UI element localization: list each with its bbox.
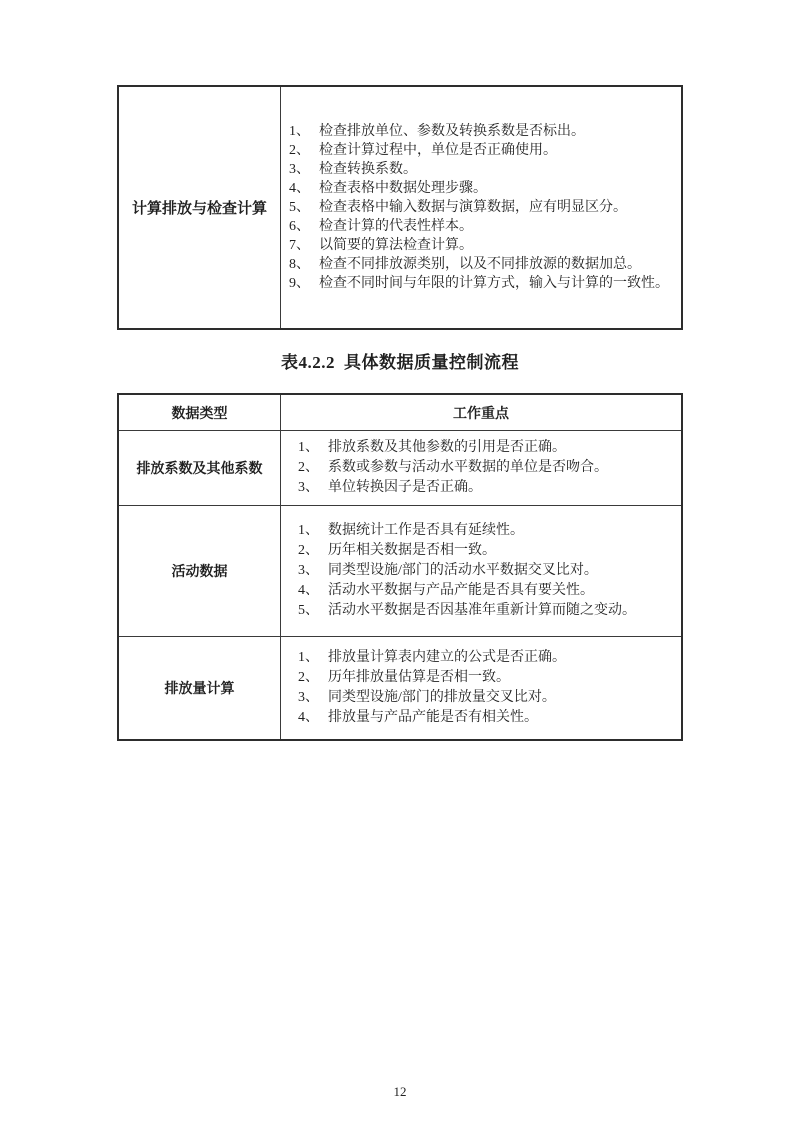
list-item: 4、检查表格中数据处理步骤。 <box>289 179 677 198</box>
list-item: 8、检查不同排放源类别，以及不同排放源的数据加总。 <box>289 255 677 274</box>
list-item-number: 2、 <box>289 141 319 160</box>
list-item-number: 2、 <box>298 541 328 561</box>
emission-check-table: 计算排放与检查计算 1、检查排放单位、参数及转换系数是否标出。 2、检查计算过程… <box>117 85 683 330</box>
row-type-label: 计算排放与检查计算 <box>132 197 267 218</box>
row-type-cell: 计算排放与检查计算 <box>119 87 281 328</box>
list-item-text: 活动水平数据与产品产能是否具有要关性。 <box>328 581 677 601</box>
list-item: 5、活动水平数据是否因基准年重新计算而随之变动。 <box>298 601 677 621</box>
list-item-number: 8、 <box>289 255 319 274</box>
list-item: 2、检查计算过程中，单位是否正确使用。 <box>289 141 677 160</box>
row-type-cell: 排放系数及其他系数 <box>119 431 281 505</box>
quality-control-table: 数据类型 工作重点 排放系数及其他系数 1、排放系数及其他参数的引用是否正确。 … <box>117 393 683 741</box>
list-item-text: 同类型设施/部门的排放量交叉比对。 <box>328 688 677 708</box>
list-item: 3、同类型设施/部门的排放量交叉比对。 <box>298 688 677 708</box>
list-item-number: 6、 <box>289 217 319 236</box>
row-type-cell: 排放量计算 <box>119 637 281 739</box>
list-item: 4、排放量与产品产能是否有相关性。 <box>298 708 677 728</box>
list-item-text: 以简要的算法检查计算。 <box>319 236 677 255</box>
row-items-cell: 1、数据统计工作是否具有延续性。 2、历年相关数据是否相一致。 3、同类型设施/… <box>281 506 681 636</box>
list-item: 3、同类型设施/部门的活动水平数据交叉比对。 <box>298 561 677 581</box>
row-type-cell: 活动数据 <box>119 506 281 636</box>
list-item-text: 检查不同时间与年限的计算方式，输入与计算的一致性。 <box>319 274 677 293</box>
table-header-row: 数据类型 工作重点 <box>119 395 681 430</box>
row-items-cell: 1、检查排放单位、参数及转换系数是否标出。 2、检查计算过程中，单位是否正确使用… <box>281 87 681 328</box>
table-row: 排放量计算 1、排放量计算表内建立的公式是否正确。 2、历年排放量估算是否相一致… <box>119 636 681 739</box>
header-cell-work-focus: 工作重点 <box>281 395 681 430</box>
list-item-text: 排放系数及其他参数的引用是否正确。 <box>328 438 677 458</box>
table-caption-text: 具体数据质量控制流程 <box>344 353 519 372</box>
list-item-text: 检查计算过程中，单位是否正确使用。 <box>319 141 677 160</box>
list-item-number: 4、 <box>298 708 328 728</box>
table-row: 排放系数及其他系数 1、排放系数及其他参数的引用是否正确。 2、系数或参数与活动… <box>119 430 681 505</box>
list-item: 3、检查转换系数。 <box>289 160 677 179</box>
list-item-number: 5、 <box>289 198 319 217</box>
list-item: 2、历年相关数据是否相一致。 <box>298 541 677 561</box>
list-item-number: 9、 <box>289 274 319 293</box>
list-item: 1、排放系数及其他参数的引用是否正确。 <box>298 438 677 458</box>
page-number: 12 <box>0 1084 800 1100</box>
list-item-text: 数据统计工作是否具有延续性。 <box>328 521 677 541</box>
header-cell-data-type: 数据类型 <box>119 395 281 430</box>
table-row: 活动数据 1、数据统计工作是否具有延续性。 2、历年相关数据是否相一致。 3、同… <box>119 505 681 636</box>
list-item-text: 检查排放单位、参数及转换系数是否标出。 <box>319 122 677 141</box>
table-caption: 表4.2.2具体数据质量控制流程 <box>0 351 800 375</box>
list-item: 5、检查表格中输入数据与演算数据，应有明显区分。 <box>289 198 677 217</box>
list-item-number: 1、 <box>289 122 319 141</box>
list-item-text: 排放量计算表内建立的公式是否正确。 <box>328 648 677 668</box>
list-item: 4、活动水平数据与产品产能是否具有要关性。 <box>298 581 677 601</box>
list-item-text: 检查计算的代表性样本。 <box>319 217 677 236</box>
list-item-text: 同类型设施/部门的活动水平数据交叉比对。 <box>328 561 677 581</box>
list-item-text: 排放量与产品产能是否有相关性。 <box>328 708 677 728</box>
row-type-label: 排放系数及其他系数 <box>137 458 263 478</box>
list-item: 7、以简要的算法检查计算。 <box>289 236 677 255</box>
list-item-number: 1、 <box>298 521 328 541</box>
list-item: 2、历年排放量估算是否相一致。 <box>298 668 677 688</box>
list-item-text: 单位转换因子是否正确。 <box>328 478 677 498</box>
list-item-number: 3、 <box>298 688 328 708</box>
row-items-cell: 1、排放系数及其他参数的引用是否正确。 2、系数或参数与活动水平数据的单位是否吻… <box>281 431 681 505</box>
list-item: 2、系数或参数与活动水平数据的单位是否吻合。 <box>298 458 677 478</box>
list-item-number: 3、 <box>298 561 328 581</box>
list-item: 6、检查计算的代表性样本。 <box>289 217 677 236</box>
list-item-number: 1、 <box>298 648 328 668</box>
row-type-label: 活动数据 <box>172 561 228 581</box>
row-type-label: 排放量计算 <box>165 678 235 698</box>
list-item-number: 1、 <box>298 438 328 458</box>
list-item-number: 4、 <box>298 581 328 601</box>
list-item-number: 4、 <box>289 179 319 198</box>
list-item-number: 3、 <box>289 160 319 179</box>
list-item-text: 检查不同排放源类别，以及不同排放源的数据加总。 <box>319 255 677 274</box>
list-item: 9、检查不同时间与年限的计算方式，输入与计算的一致性。 <box>289 274 677 293</box>
table-row: 计算排放与检查计算 1、检查排放单位、参数及转换系数是否标出。 2、检查计算过程… <box>119 87 681 328</box>
list-item-text: 检查表格中数据处理步骤。 <box>319 179 677 198</box>
list-item-text: 历年相关数据是否相一致。 <box>328 541 677 561</box>
list-item-text: 系数或参数与活动水平数据的单位是否吻合。 <box>328 458 677 478</box>
list-item: 1、排放量计算表内建立的公式是否正确。 <box>298 648 677 668</box>
list-item-number: 2、 <box>298 458 328 478</box>
list-item-number: 7、 <box>289 236 319 255</box>
list-item-number: 2、 <box>298 668 328 688</box>
list-item-text: 历年排放量估算是否相一致。 <box>328 668 677 688</box>
list-item-text: 检查转换系数。 <box>319 160 677 179</box>
table-caption-number: 表4.2.2 <box>281 353 335 372</box>
document-page: 计算排放与检查计算 1、检查排放单位、参数及转换系数是否标出。 2、检查计算过程… <box>0 0 800 1131</box>
row-items-cell: 1、排放量计算表内建立的公式是否正确。 2、历年排放量估算是否相一致。 3、同类… <box>281 637 681 739</box>
list-item: 3、单位转换因子是否正确。 <box>298 478 677 498</box>
list-item: 1、数据统计工作是否具有延续性。 <box>298 521 677 541</box>
list-item: 1、检查排放单位、参数及转换系数是否标出。 <box>289 122 677 141</box>
list-item-text: 活动水平数据是否因基准年重新计算而随之变动。 <box>328 601 677 621</box>
list-item-number: 5、 <box>298 601 328 621</box>
list-item-text: 检查表格中输入数据与演算数据，应有明显区分。 <box>319 198 677 217</box>
list-item-number: 3、 <box>298 478 328 498</box>
